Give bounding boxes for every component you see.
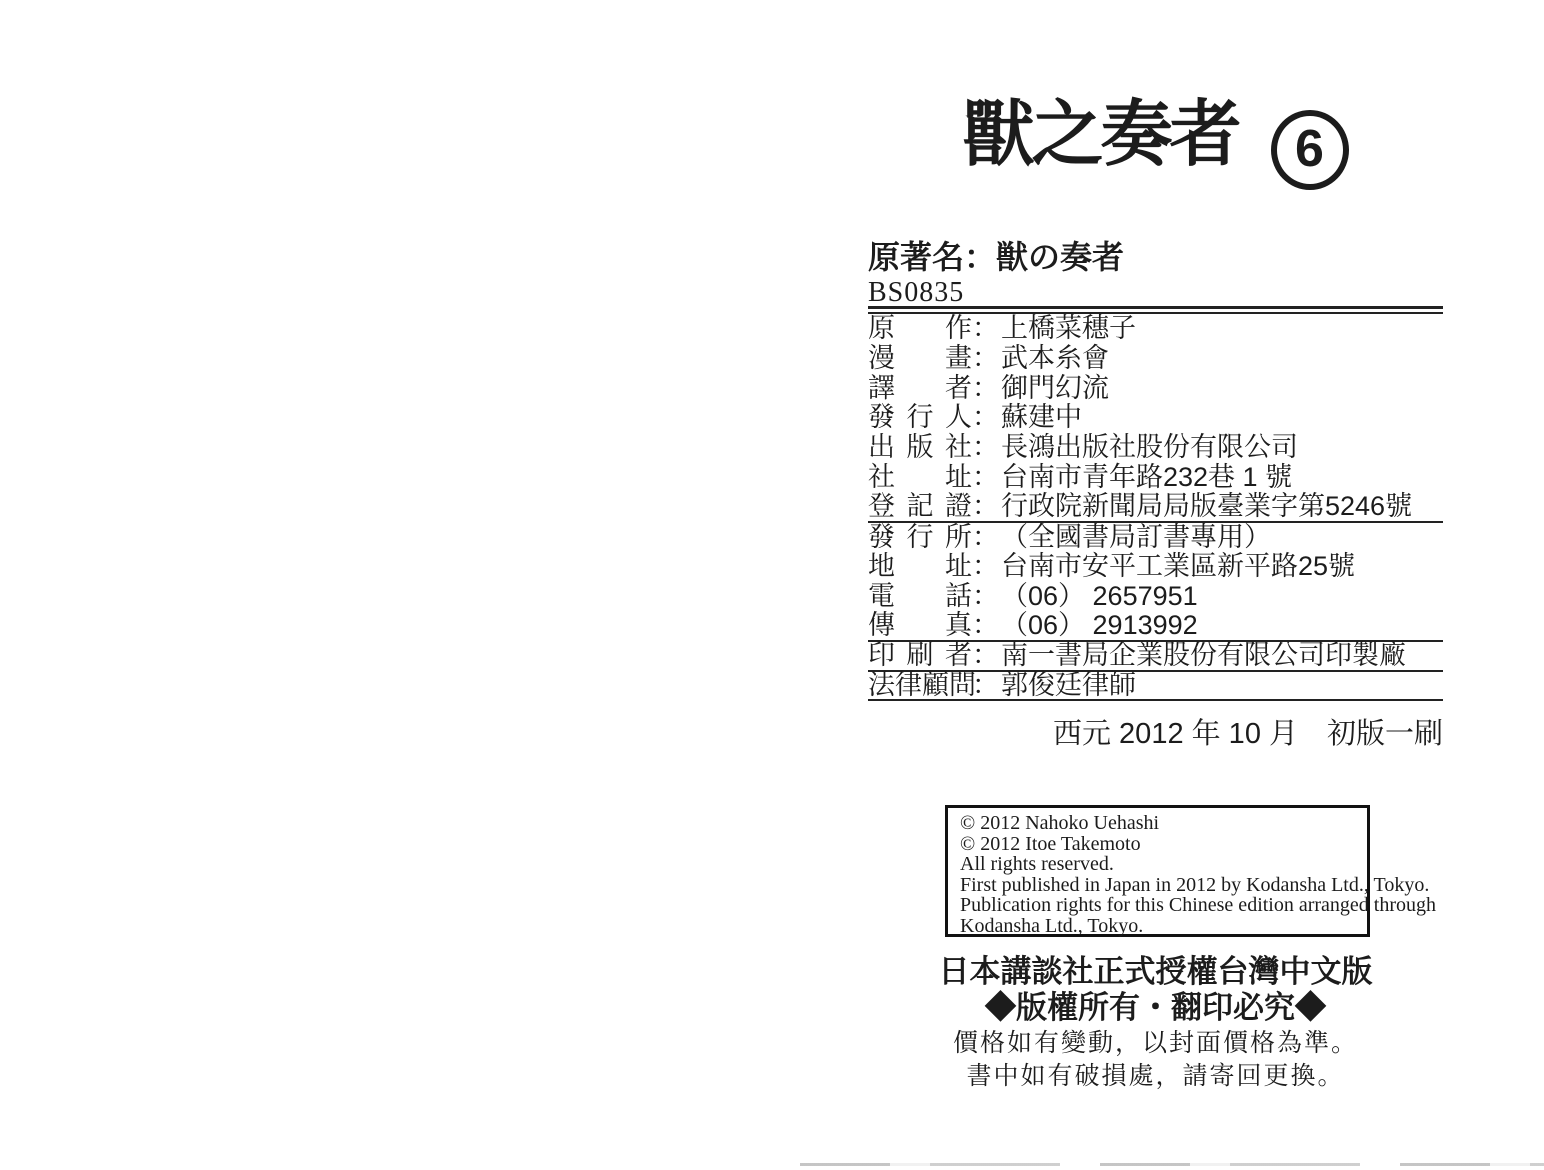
row-value: （06） 2913992 xyxy=(1001,611,1443,641)
original-title: 原著名：獣の奏者 xyxy=(868,232,1443,278)
colophon-table: 原作 ： 上橋菜穗子 漫畫 ： 武本糸會 譯者 ： 御門幻流 發行人 ： 蘇建中… xyxy=(868,314,1443,701)
row-separator: ： xyxy=(972,641,999,671)
row-separator: ： xyxy=(972,433,999,463)
edition-date-line: 西元 2012 年 10 月 初版一刷 xyxy=(868,711,1443,752)
row-value: 郭俊廷律師 xyxy=(1001,671,1443,701)
row-separator: ： xyxy=(972,671,999,701)
row-separator: ： xyxy=(972,552,999,582)
damage-return-note: 書中如有破損處，請寄回更換。 xyxy=(868,1056,1443,1092)
colophon-row: 印刷者 ： 南一書局企業股份有限公司印製廠 xyxy=(868,642,1443,672)
volume-circle-badge: 6 xyxy=(1271,110,1349,190)
row-separator: ： xyxy=(972,523,999,553)
row-value: 上橋菜穗子 xyxy=(1001,314,1443,344)
colophon-page: 獸之奏者 6 原著名：獣の奏者 BS0835 原作 ： 上橋菜穗子 漫畫 ： 武… xyxy=(0,0,1544,1170)
copyright-line: All rights reserved. xyxy=(960,854,1355,875)
colophon-row: 發行人 ： 蘇建中 xyxy=(868,403,1443,433)
row-separator: ： xyxy=(972,582,999,612)
volume-number: 6 xyxy=(1295,123,1324,175)
row-label: 社址 xyxy=(868,463,972,493)
row-value: （全國書局訂書專用） xyxy=(1001,523,1443,553)
row-separator: ： xyxy=(972,463,999,493)
colophon-row: 譯者 ： 御門幻流 xyxy=(868,374,1443,404)
row-label: 原作 xyxy=(868,314,972,344)
row-value: 南一書局企業股份有限公司印製廠 xyxy=(1001,641,1443,671)
row-separator: ： xyxy=(972,344,999,374)
copyright-line: First published in Japan in 2012 by Koda… xyxy=(960,875,1355,896)
row-value: 長鴻出版社股份有限公司 xyxy=(1001,433,1443,463)
colophon-row: 電話 ： （06） 2657951 xyxy=(868,582,1443,612)
copyright-line: Publication rights for this Chinese edit… xyxy=(960,895,1355,916)
colophon-row: 漫畫 ： 武本糸會 xyxy=(868,344,1443,374)
price-note: 價格如有變動，以封面價格為準。 xyxy=(868,1023,1443,1059)
copyright-line: Kodansha Ltd., Tokyo. xyxy=(960,916,1355,937)
row-separator: ： xyxy=(972,492,999,522)
row-label: 電話 xyxy=(868,582,972,612)
row-value: （06） 2657951 xyxy=(1001,582,1443,612)
row-label: 發行人 xyxy=(868,403,972,433)
row-label: 法律顧問 xyxy=(868,671,972,701)
copyright-line: © 2012 Nahoko Uehashi xyxy=(960,813,1355,834)
colophon-row: 登記證 ： 行政院新聞局局版臺業字第5246號 xyxy=(868,493,1443,523)
product-code: BS0835 xyxy=(868,277,1443,309)
colophon-row: 法律顧問 ： 郭俊廷律師 xyxy=(868,672,1443,702)
row-separator: ： xyxy=(972,403,999,433)
book-title-row: 獸之奏者 6 xyxy=(868,96,1443,190)
row-separator: ： xyxy=(972,314,999,344)
scan-artifact-line xyxy=(800,1163,1544,1166)
row-value: 台南市青年路232巷 1 號 xyxy=(1001,463,1443,493)
row-label: 登記證 xyxy=(868,492,972,522)
row-separator: ： xyxy=(972,611,999,641)
colophon-row: 社址 ： 台南市青年路232巷 1 號 xyxy=(868,463,1443,493)
row-value: 蘇建中 xyxy=(1001,403,1443,433)
row-label: 印刷者 xyxy=(868,641,972,671)
row-value: 御門幻流 xyxy=(1001,374,1443,404)
row-label: 發行所 xyxy=(868,523,972,553)
row-label: 譯者 xyxy=(868,374,972,404)
row-label: 地址 xyxy=(868,552,972,582)
row-separator: ： xyxy=(972,374,999,404)
row-value: 台南市安平工業區新平路25號 xyxy=(1001,552,1443,582)
colophon-row: 傳真 ： （06） 2913992 xyxy=(868,612,1443,642)
row-label: 出版社 xyxy=(868,433,972,463)
row-label: 漫畫 xyxy=(868,344,972,374)
book-title: 獸之奏者 xyxy=(962,96,1238,175)
colophon-row: 原作 ： 上橋菜穗子 xyxy=(868,314,1443,344)
row-value: 行政院新聞局局版臺業字第5246號 xyxy=(1001,492,1443,522)
colophon-row: 出版社 ： 長鴻出版社股份有限公司 xyxy=(868,433,1443,463)
row-value: 武本糸會 xyxy=(1001,344,1443,374)
rights-reserved-line: ◆版權所有・翻印必究◆ xyxy=(868,982,1443,1027)
copyright-line: © 2012 Itoe Takemoto xyxy=(960,834,1355,855)
copyright-box: © 2012 Nahoko Uehashi © 2012 Itoe Takemo… xyxy=(945,805,1370,937)
row-label: 傳真 xyxy=(868,611,972,641)
colophon-row: 發行所 ： （全國書局訂書專用） xyxy=(868,523,1443,553)
colophon-row: 地址 ： 台南市安平工業區新平路25號 xyxy=(868,552,1443,582)
